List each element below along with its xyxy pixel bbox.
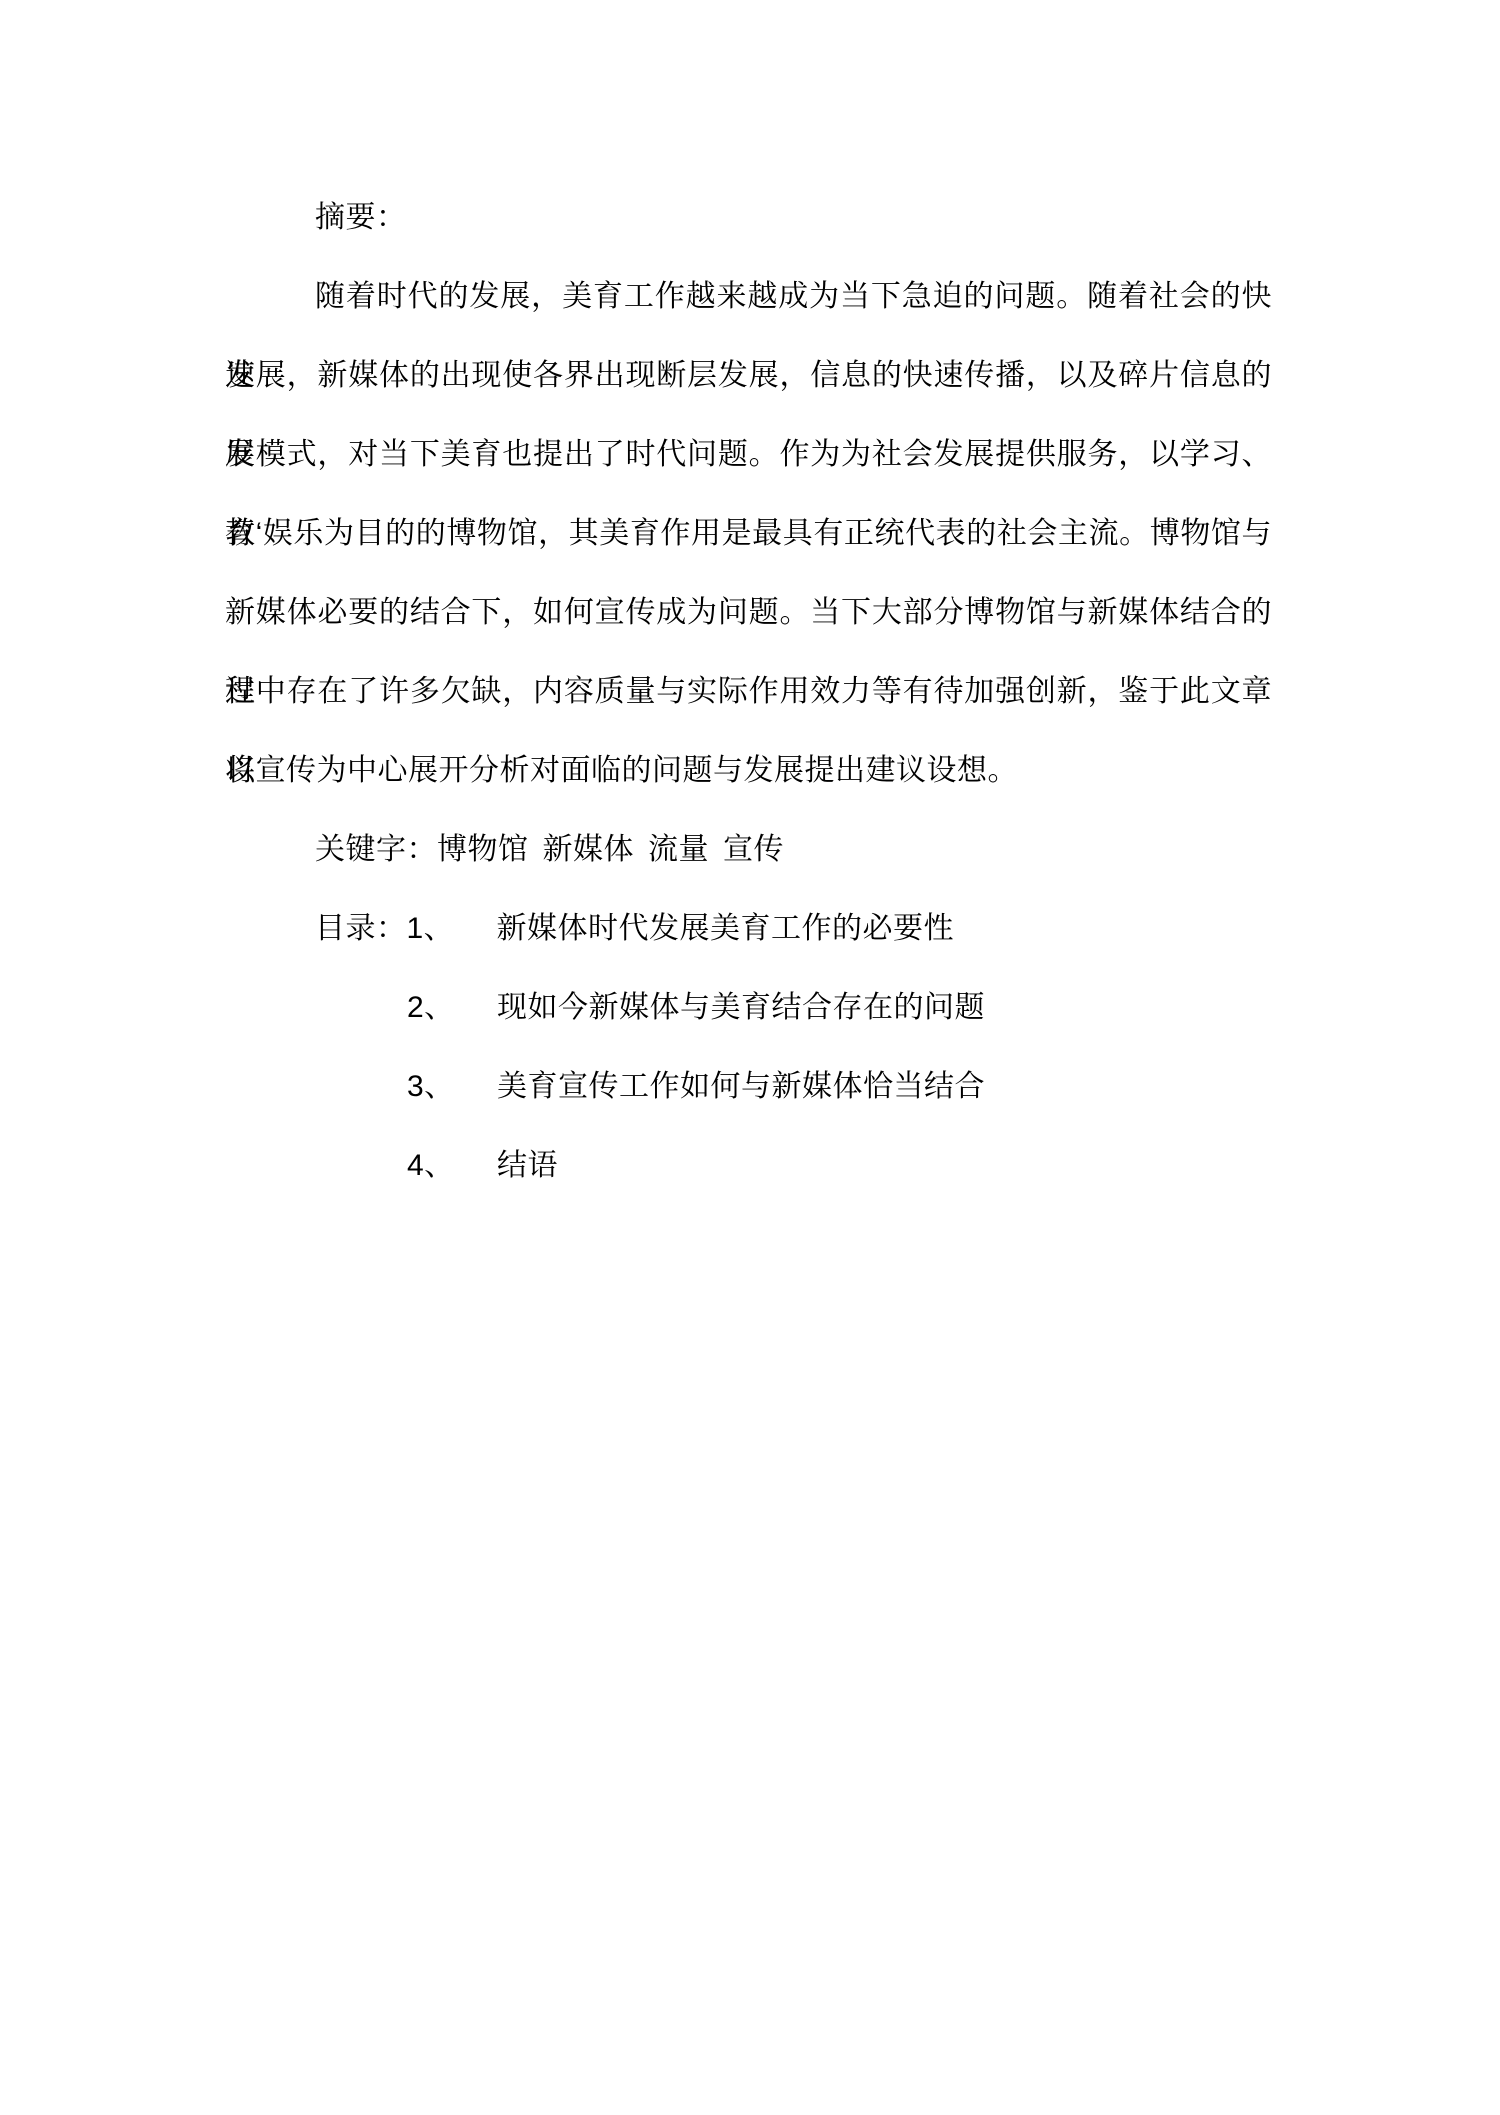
abstract-label: 摘要：	[225, 178, 1272, 257]
abstract-line: 发展，新媒体的出现使各界出现断层发展，信息的快速传播，以及碎片信息的发	[225, 336, 1272, 415]
toc-item-number: 2、	[407, 968, 497, 1047]
keyword-item: 流量	[648, 833, 709, 866]
toc-item-title: 结语	[497, 1149, 558, 1182]
toc-item-title: 美育宣传工作如何与新媒体恰当结合	[497, 1070, 985, 1103]
toc-item: 3、美育宣传工作如何与新媒体恰当结合	[225, 1047, 1272, 1126]
toc-item-title: 现如今新媒体与美育结合存在的问题	[497, 991, 985, 1024]
keyword-item: 新媒体	[543, 833, 635, 866]
toc-item: 2、现如今新媒体与美育结合存在的问题	[225, 968, 1272, 1047]
abstract-line: 育‘娱乐为目的的博物馆，其美育作用是最具有正统代表的社会主流。博物馆与	[225, 494, 1272, 573]
document-content: 摘要： 随着时代的发展，美育工作越来越成为当下急迫的问题。随着社会的快速 发展，…	[225, 178, 1272, 1205]
keyword-item: 博物馆	[437, 833, 529, 866]
abstract-line: 以宣传为中心展开分析对面临的问题与发展提出建议设想。	[225, 731, 1272, 810]
abstract-line: 随着时代的发展，美育工作越来越成为当下急迫的问题。随着社会的快速	[225, 257, 1272, 336]
toc-label: 目录：	[315, 912, 407, 945]
abstract-line: 新媒体必要的结合下，如何宣传成为问题。当下大部分博物馆与新媒体结合的过	[225, 573, 1272, 652]
document-page: 摘要： 随着时代的发展，美育工作越来越成为当下急迫的问题。随着社会的快速 发展，…	[0, 0, 1500, 2115]
toc-item-title: 新媒体时代发展美育工作的必要性	[497, 912, 955, 945]
toc-item-number: 4、	[407, 1126, 497, 1205]
toc-item: 目录：1、新媒体时代发展美育工作的必要性	[225, 889, 1272, 968]
abstract-line: 展模式，对当下美育也提出了时代问题。作为为社会发展提供服务，以学习、教	[225, 415, 1272, 494]
toc-item-number: 3、	[407, 1047, 497, 1126]
keywords-line: 关键字：博物馆新媒体流量宣传	[225, 810, 1272, 889]
abstract-line: 程中存在了许多欠缺，内容质量与实际作用效力等有待加强创新，鉴于此文章将	[225, 652, 1272, 731]
toc-item-number: 1、	[407, 889, 497, 968]
keyword-item: 宣传	[723, 833, 784, 866]
keywords-label: 关键字：	[315, 833, 437, 866]
toc-item: 4、结语	[225, 1126, 1272, 1205]
